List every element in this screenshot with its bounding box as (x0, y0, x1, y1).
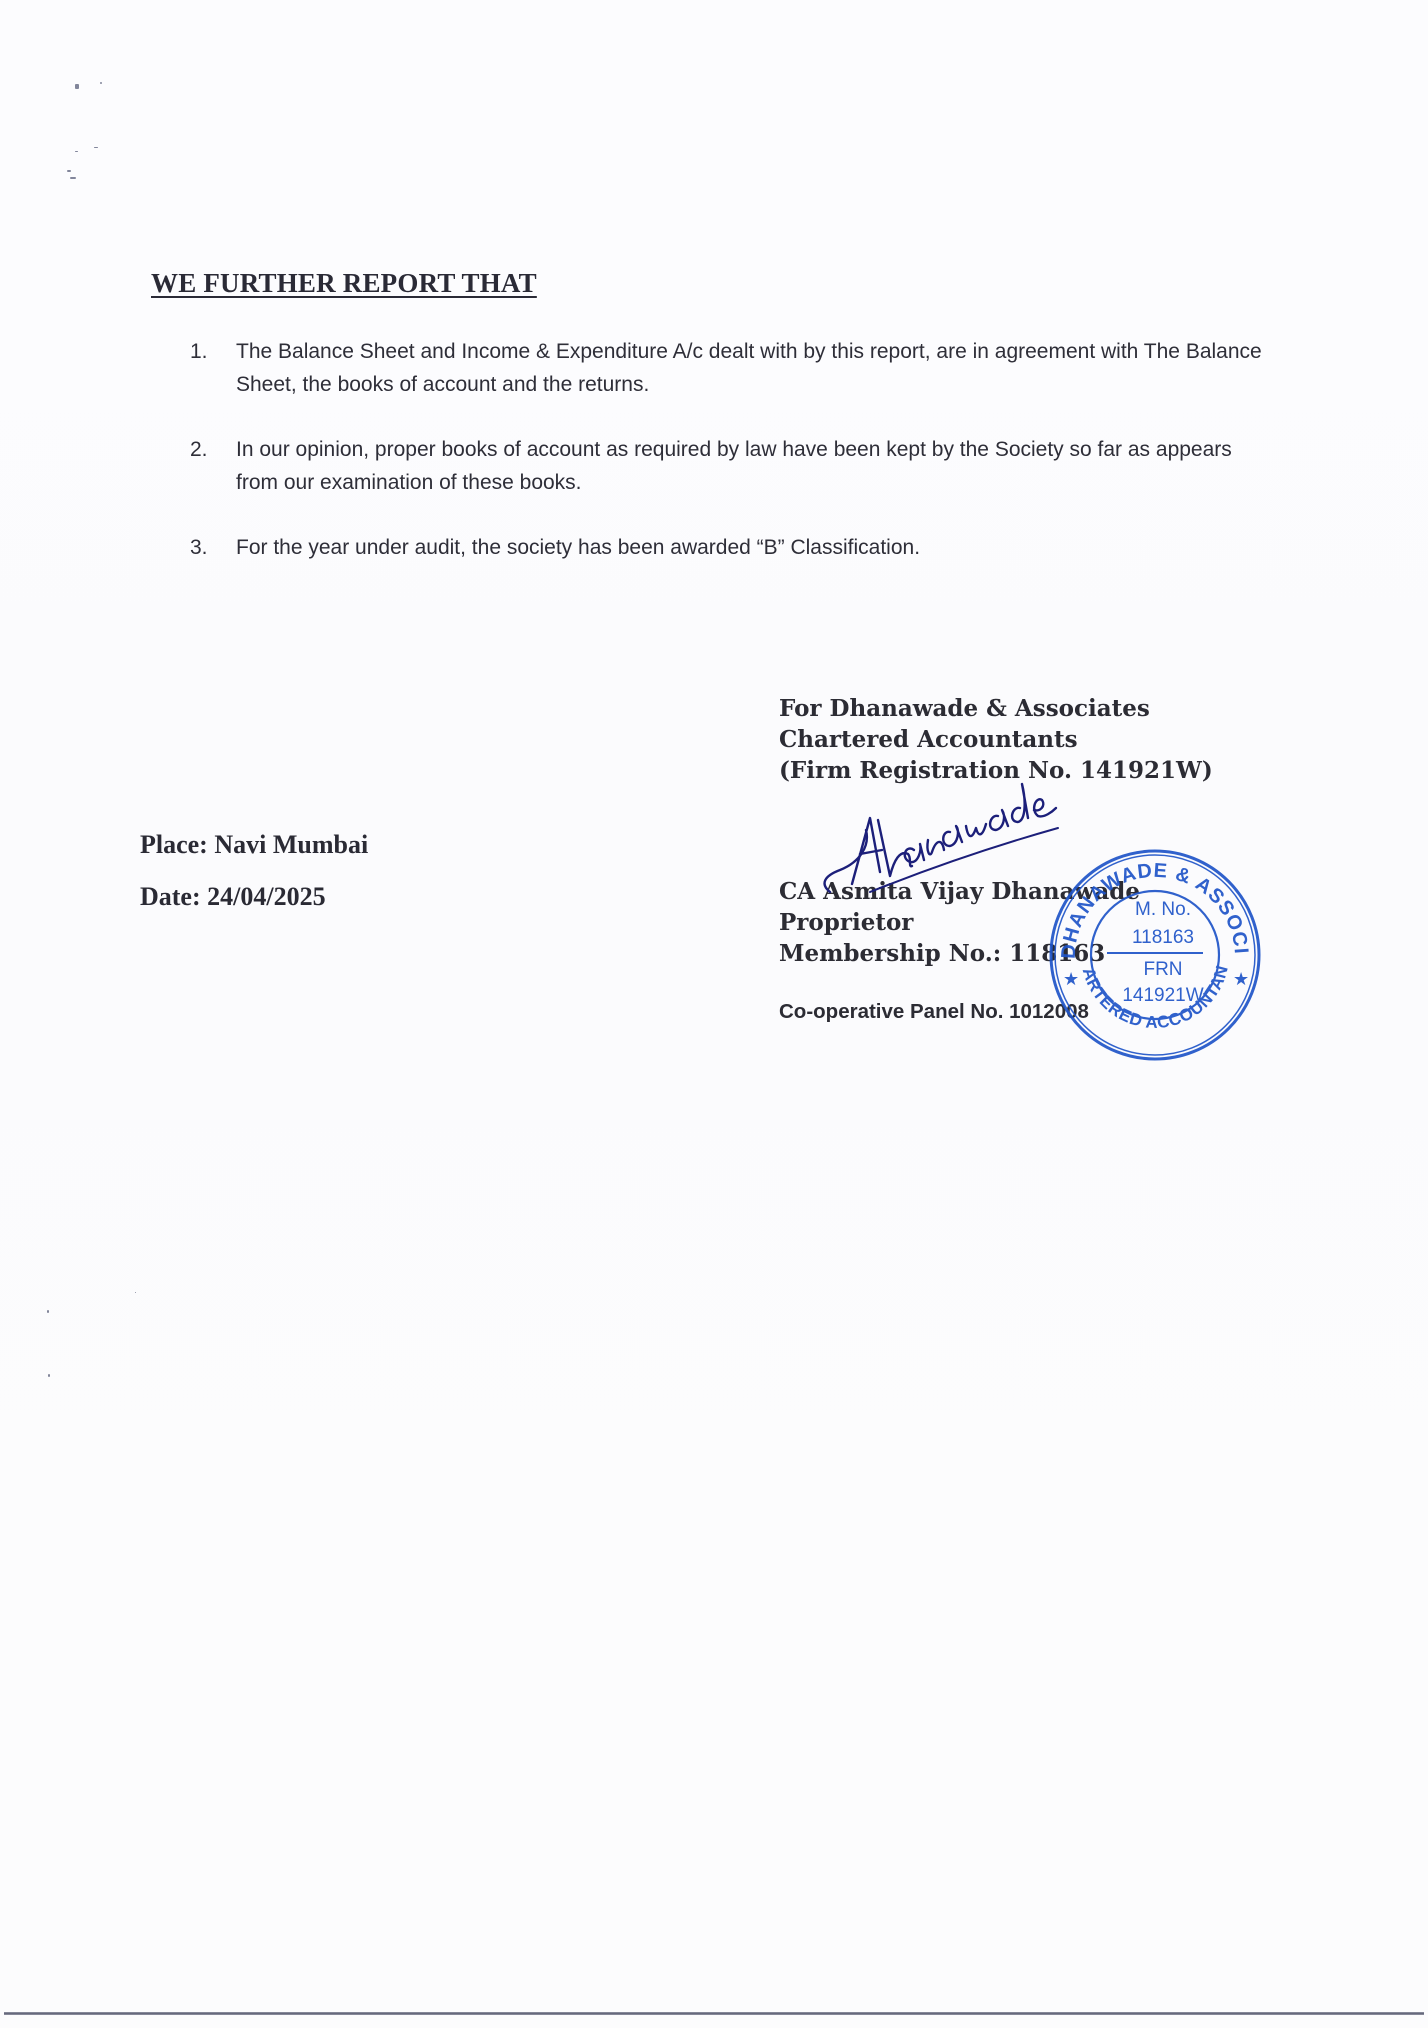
place-date-block: Place: Navi Mumbai Date: 24/04/2025 (140, 830, 368, 912)
item-text: In our opinion, proper books of account … (236, 438, 1232, 494)
report-item: 2. In our opinion, proper books of accou… (190, 433, 1270, 499)
document-page: WE FURTHER REPORT THAT 1. The Balance Sh… (0, 0, 1428, 2028)
firm-name: For Dhanawade & Associates (779, 693, 1213, 724)
date: Date: 24/04/2025 (140, 882, 368, 912)
bottom-rule (4, 2012, 1424, 2015)
section-heading: WE FURTHER REPORT THAT (151, 268, 537, 299)
svg-text:141921W: 141921W (1122, 985, 1203, 1006)
item-number: 1. (190, 335, 208, 368)
svg-text:★: ★ (1233, 969, 1249, 989)
report-item: 1. The Balance Sheet and Income & Expend… (190, 335, 1270, 401)
panel-number: Co-operative Panel No. 1012008 (779, 1000, 1089, 1024)
report-list: 1. The Balance Sheet and Income & Expend… (190, 335, 1270, 564)
item-text: For the year under audit, the society ha… (236, 536, 920, 559)
item-text: The Balance Sheet and Income & Expenditu… (236, 340, 1262, 396)
item-number: 3. (190, 531, 208, 564)
svg-text:M. No.: M. No. (1135, 899, 1191, 920)
report-item: 3. For the year under audit, the society… (190, 531, 1270, 564)
company-seal-icon: M/S. DHANAWADE & ASSOCIATES CHARTERED AC… (1045, 845, 1265, 1065)
signature-icon (800, 780, 1060, 900)
svg-text:★: ★ (1063, 969, 1079, 989)
firm-block: For Dhanawade & Associates Chartered Acc… (779, 693, 1213, 786)
item-number: 2. (190, 433, 208, 466)
svg-text:FRN: FRN (1143, 959, 1182, 980)
svg-text:118163: 118163 (1132, 927, 1194, 948)
place: Place: Navi Mumbai (140, 830, 368, 860)
firm-designation: Chartered Accountants (779, 724, 1213, 755)
